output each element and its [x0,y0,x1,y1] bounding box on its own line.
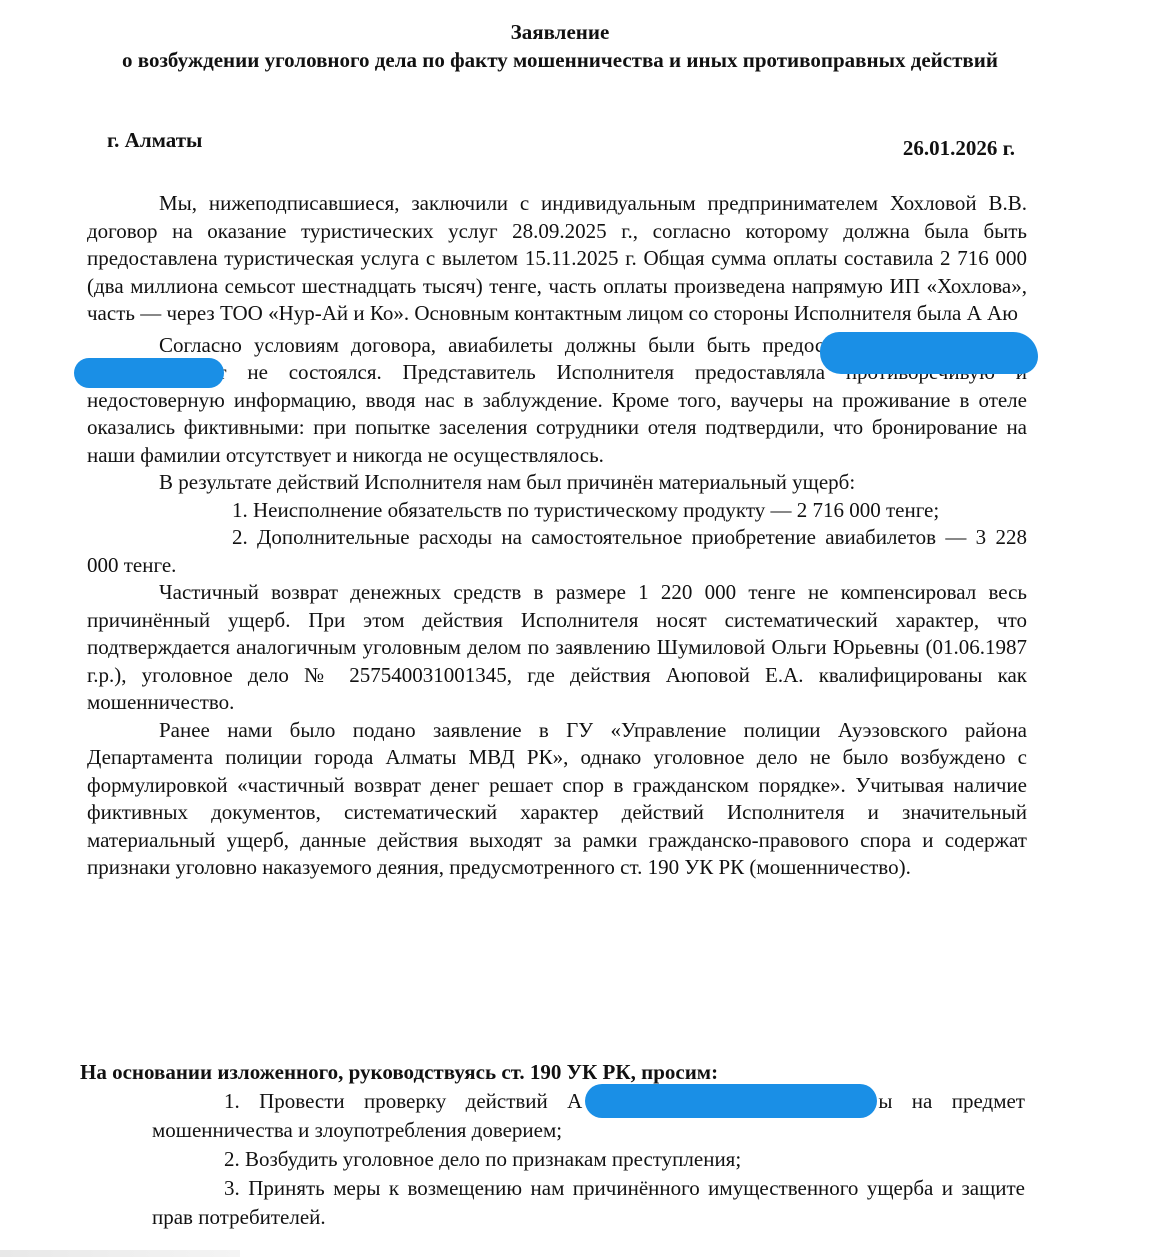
request-section: На основании изложенного, руководствуясь… [80,1058,1025,1232]
paragraph-contract-text: Мы, нижеподписавшиеся, заключили с индив… [87,191,1027,325]
page-edge-shadow [0,1250,240,1257]
paragraph-damage-intro: В результате действий Исполнителя нам бы… [87,469,1027,497]
request-item-3: 3. Принять меры к возмещению нам причинё… [80,1174,1025,1232]
request-lead: На основании изложенного, руководствуясь… [80,1058,1025,1087]
redaction-mark-request-name [585,1084,877,1118]
request-item-1-start: 1. Провести проверку действий А [224,1089,582,1113]
request-item-2: 2. Возбудить уголовное дело по признакам… [80,1145,1025,1174]
document-page: Заявление о возбуждении уголовного дела … [0,0,1170,1257]
document-header: Заявление о возбуждении уголовного дела … [80,18,1040,74]
redaction-mark-contact-surname [74,358,224,388]
document-body: Мы, нижеподписавшиеся, заключили с индив… [87,190,1027,882]
paragraph-contract-tail: Аю [987,301,1018,325]
paragraph-refund: Частичный возврат денежных средств в раз… [87,579,1027,717]
paragraph-prior-complaint: Ранее нами было подано заявление в ГУ «У… [87,717,1027,882]
damage-item-2: 2. Дополнительные расходы на самостоятел… [87,524,1027,579]
document-title: Заявление [80,18,1040,46]
document-place: г. Алматы [107,128,202,153]
damage-item-1: 1. Неисполнение обязательств по туристич… [87,497,1027,525]
redaction-mark-contact-name [820,332,1038,374]
document-date: 26.01.2026 г. [903,136,1015,161]
paragraph-contract: Мы, нижеподписавшиеся, заключили с индив… [87,190,1027,328]
request-item-1: 1. Провести проверку действий Аы на пред… [80,1087,1025,1145]
document-subtitle: о возбуждении уголовного дела по факту м… [80,46,1040,74]
